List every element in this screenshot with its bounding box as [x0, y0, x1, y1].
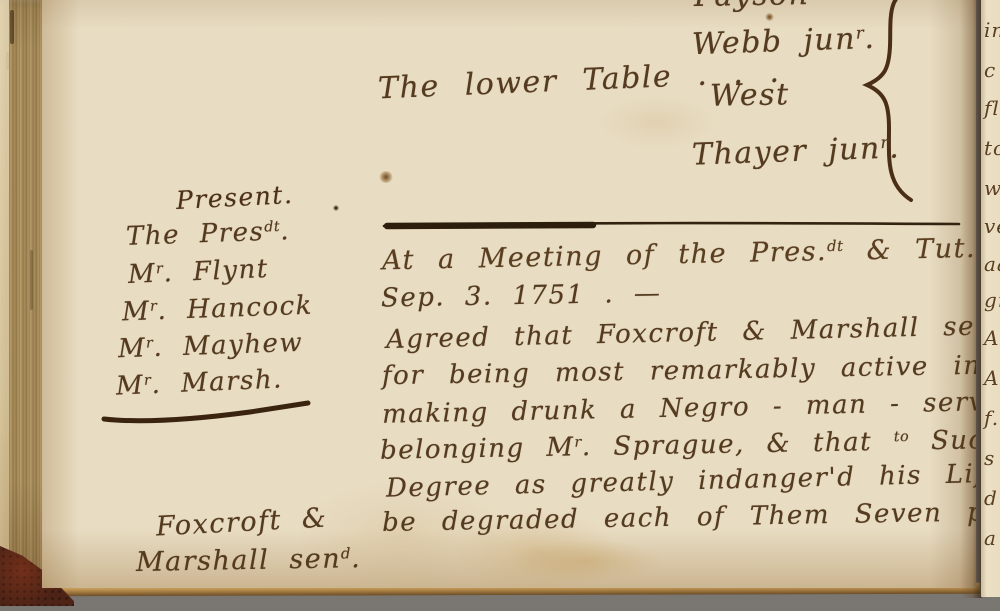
ink-spot: [379, 171, 393, 183]
fragment-text: d: [984, 486, 998, 510]
record-line: belonging Mr. Sprague, & that to Such a: [380, 426, 976, 464]
lower-table-name: West: [710, 80, 790, 111]
record-line: Agreed that Foxcroft & Marshall senr: [386, 313, 976, 353]
fore-edge-highlight: [0, 0, 9, 560]
fore-edge-dark-streak: [30, 250, 33, 310]
present-heading: Present.: [175, 182, 293, 213]
section-rule: [381, 219, 963, 231]
ink-speck: [333, 205, 339, 211]
record-line: making drunk a Negro - man - servant: [382, 388, 976, 428]
margin-case-note-line2: Marshall send.: [136, 545, 362, 576]
facing-page-sliver: in c fl to w ve aa gr A A f. s d a: [981, 0, 1000, 597]
meeting-date: Sep. 3. 1751 . —: [381, 281, 662, 312]
fragment-text: gr: [984, 288, 1000, 312]
fragment-text: in: [984, 18, 1000, 42]
fragment-text: to: [984, 136, 1000, 160]
manuscript-page: The lower Table . . . Payson Webb junr. …: [42, 0, 976, 588]
fragment-text: s: [984, 446, 995, 470]
fragment-text: ve: [984, 214, 1000, 238]
gutter-shadow: [960, 0, 982, 598]
fragment-text: A: [984, 366, 999, 390]
lower-table-name: Webb junr.: [692, 24, 876, 60]
fragment-text: aa: [984, 252, 1000, 276]
fragment-text: f.: [984, 406, 999, 430]
underline-flourish: [100, 400, 312, 424]
fragment-text: A: [984, 326, 999, 350]
fore-edge-dark-streak: [10, 10, 14, 44]
attendee-name: Mr. Flynt: [127, 256, 269, 288]
fragment-text: fl: [984, 96, 1000, 120]
record-line: Degree as greatly indanger'd his Life,: [386, 460, 976, 501]
record-line: for being most remarkably active in: [382, 353, 976, 389]
foxing-spot: [765, 13, 774, 21]
fragment-text: a: [984, 526, 997, 550]
manuscript-photo: The lower Table . . . Payson Webb junr. …: [0, 0, 1000, 611]
fragment-text: w: [984, 176, 1000, 200]
stain: [512, 540, 662, 582]
lower-table-name: Payson: [694, 0, 810, 12]
attendee-name: Mr. Marsh.: [116, 366, 284, 399]
fragment-text: c: [984, 58, 996, 82]
attendee-name: Mr. Mayhew: [118, 330, 304, 362]
attendee-name: The Presdt.: [126, 218, 291, 250]
attendee-name: Mr. Hancock: [122, 293, 314, 326]
lower-table-name: Thayer junr.: [692, 133, 901, 170]
meeting-heading: At a Meeting of the Pres.dt & Tut.rs: [382, 235, 976, 275]
